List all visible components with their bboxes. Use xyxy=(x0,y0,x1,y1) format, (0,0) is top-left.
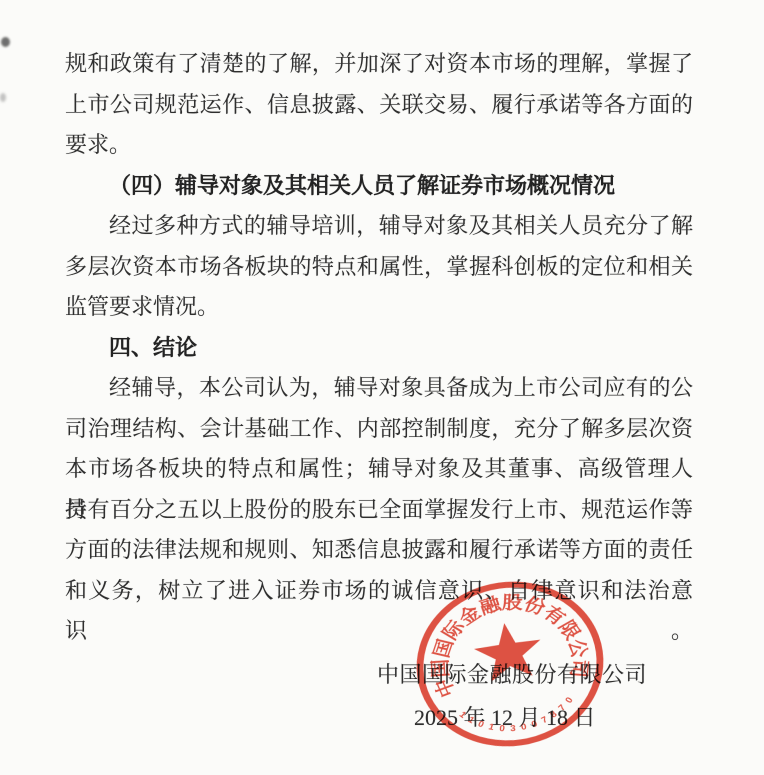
text-line: 规和政策有了清楚的了解，并加深了对资本市场的理解，掌握了 xyxy=(65,44,693,85)
text-line: 持有百分之五以上股份的股东已全面掌握发行上市、规范运作等 xyxy=(65,490,693,531)
document-body: 规和政策有了清楚的了解，并加深了对资本市场的理解，掌握了 上市公司规范运作、信息… xyxy=(65,44,693,611)
scan-artifact xyxy=(1,37,10,47)
section-heading: 四、结论 xyxy=(65,328,693,369)
text-line: 本市场各板块的特点和属性；辅导对象及其董事、高级管理人员、 xyxy=(65,449,693,490)
text-line: 方面的法律法规和规则、知悉信息披露和履行承诺等方面的责任 xyxy=(65,530,693,571)
text-line: 要求。 xyxy=(65,125,693,166)
text-line: 经辅导，本公司认为，辅导对象具备成为上市公司应有的公 xyxy=(65,368,693,409)
text-line: 监管要求情况。 xyxy=(65,287,693,328)
text-line: 上市公司规范运作、信息披露、关联交易、履行承诺等各方面的 xyxy=(65,85,693,126)
star-icon xyxy=(471,618,545,683)
text-line: 多层次资本市场各板块的特点和属性，掌握科创板的定位和相关 xyxy=(65,247,693,288)
document-page: 规和政策有了清楚的了解，并加深了对资本市场的理解，掌握了 上市公司规范运作、信息… xyxy=(0,0,764,775)
svg-text:110103007870: 110103007870 xyxy=(456,694,578,740)
seal-number: 110103007870 xyxy=(456,694,578,740)
scan-artifact xyxy=(0,93,6,102)
text-line: 经过多种方式的辅导培训，辅导对象及其相关人员充分了解 xyxy=(65,206,693,247)
text-line: 司治理结构、会计基础工作、内部控制制度，充分了解多层次资 xyxy=(65,409,693,450)
section-heading: （四）辅导对象及其相关人员了解证券市场概况情况 xyxy=(65,166,693,207)
company-seal: 中国国际金融股份有限公司 110103007870 xyxy=(401,565,619,763)
